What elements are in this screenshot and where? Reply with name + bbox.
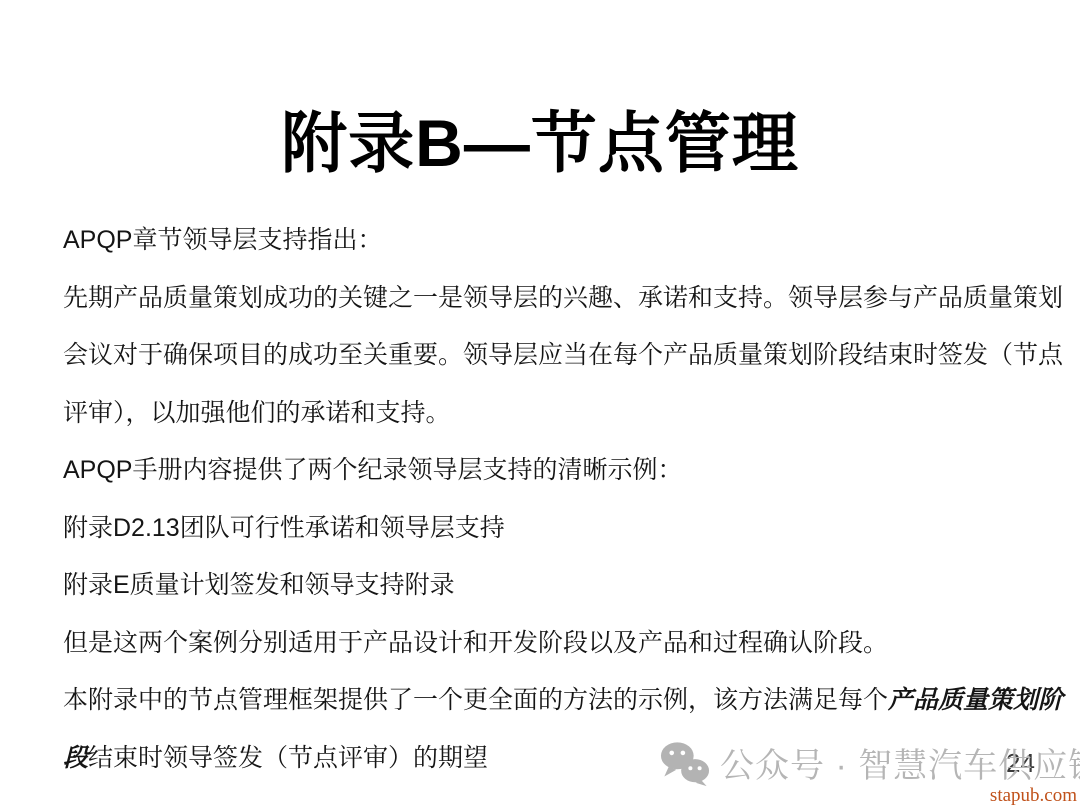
slide-canvas: 附录B—节点管理 APQP章节领导层支持指出： 先期产品质量策划成功的关键之一是… — [0, 0, 1080, 810]
body-line-6: 附录D2.13团队可行性承诺和领导层支持 — [63, 500, 1043, 558]
body-line-1: APQP章节领导层支持指出： — [63, 212, 1043, 270]
body-line-10-normal: 结束时领导签发（节点评审）的期望 — [88, 744, 488, 772]
wechat-icon — [660, 739, 710, 787]
body-line-5: APQP手册内容提供了两个纪录领导层支持的清晰示例： — [63, 442, 1043, 500]
slide-title: 附录B—节点管理 — [0, 90, 1080, 185]
body-line-3: 会议对于确保项目的成功至关重要。领导层应当在每个产品质量策划阶段结束时签发（节点 — [63, 327, 1043, 385]
body-line-10-emphasis: 段 — [63, 744, 88, 772]
watermark: 公众号 · 智慧汽车供应链 — [660, 738, 1080, 787]
body-line-8: 但是这两个案例分别适用于产品设计和开发阶段以及产品和过程确认阶段。 — [63, 615, 1043, 673]
body-line-9: 本附录中的节点管理框架提供了一个更全面的方法的示例，该方法满足每个产品质量策划阶 — [63, 672, 1043, 730]
body-line-2: 先期产品质量策划成功的关键之一是领导层的兴趣、承诺和支持。领导层参与产品质量策划 — [63, 270, 1043, 328]
watermark-text: 公众号 · 智慧汽车供应链 — [720, 738, 1080, 787]
slide-body: APQP章节领导层支持指出： 先期产品质量策划成功的关键之一是领导层的兴趣、承诺… — [63, 212, 1043, 787]
body-line-7: 附录E质量计划签发和领导支持附录 — [63, 557, 1043, 615]
body-line-9-normal: 本附录中的节点管理框架提供了一个更全面的方法的示例，该方法满足每个 — [63, 686, 888, 714]
body-line-9-emphasis: 产品质量策划阶 — [888, 686, 1063, 714]
site-stamp: stapub.com — [990, 785, 1077, 807]
body-line-4: 评审），以加强他们的承诺和支持。 — [63, 385, 1043, 443]
